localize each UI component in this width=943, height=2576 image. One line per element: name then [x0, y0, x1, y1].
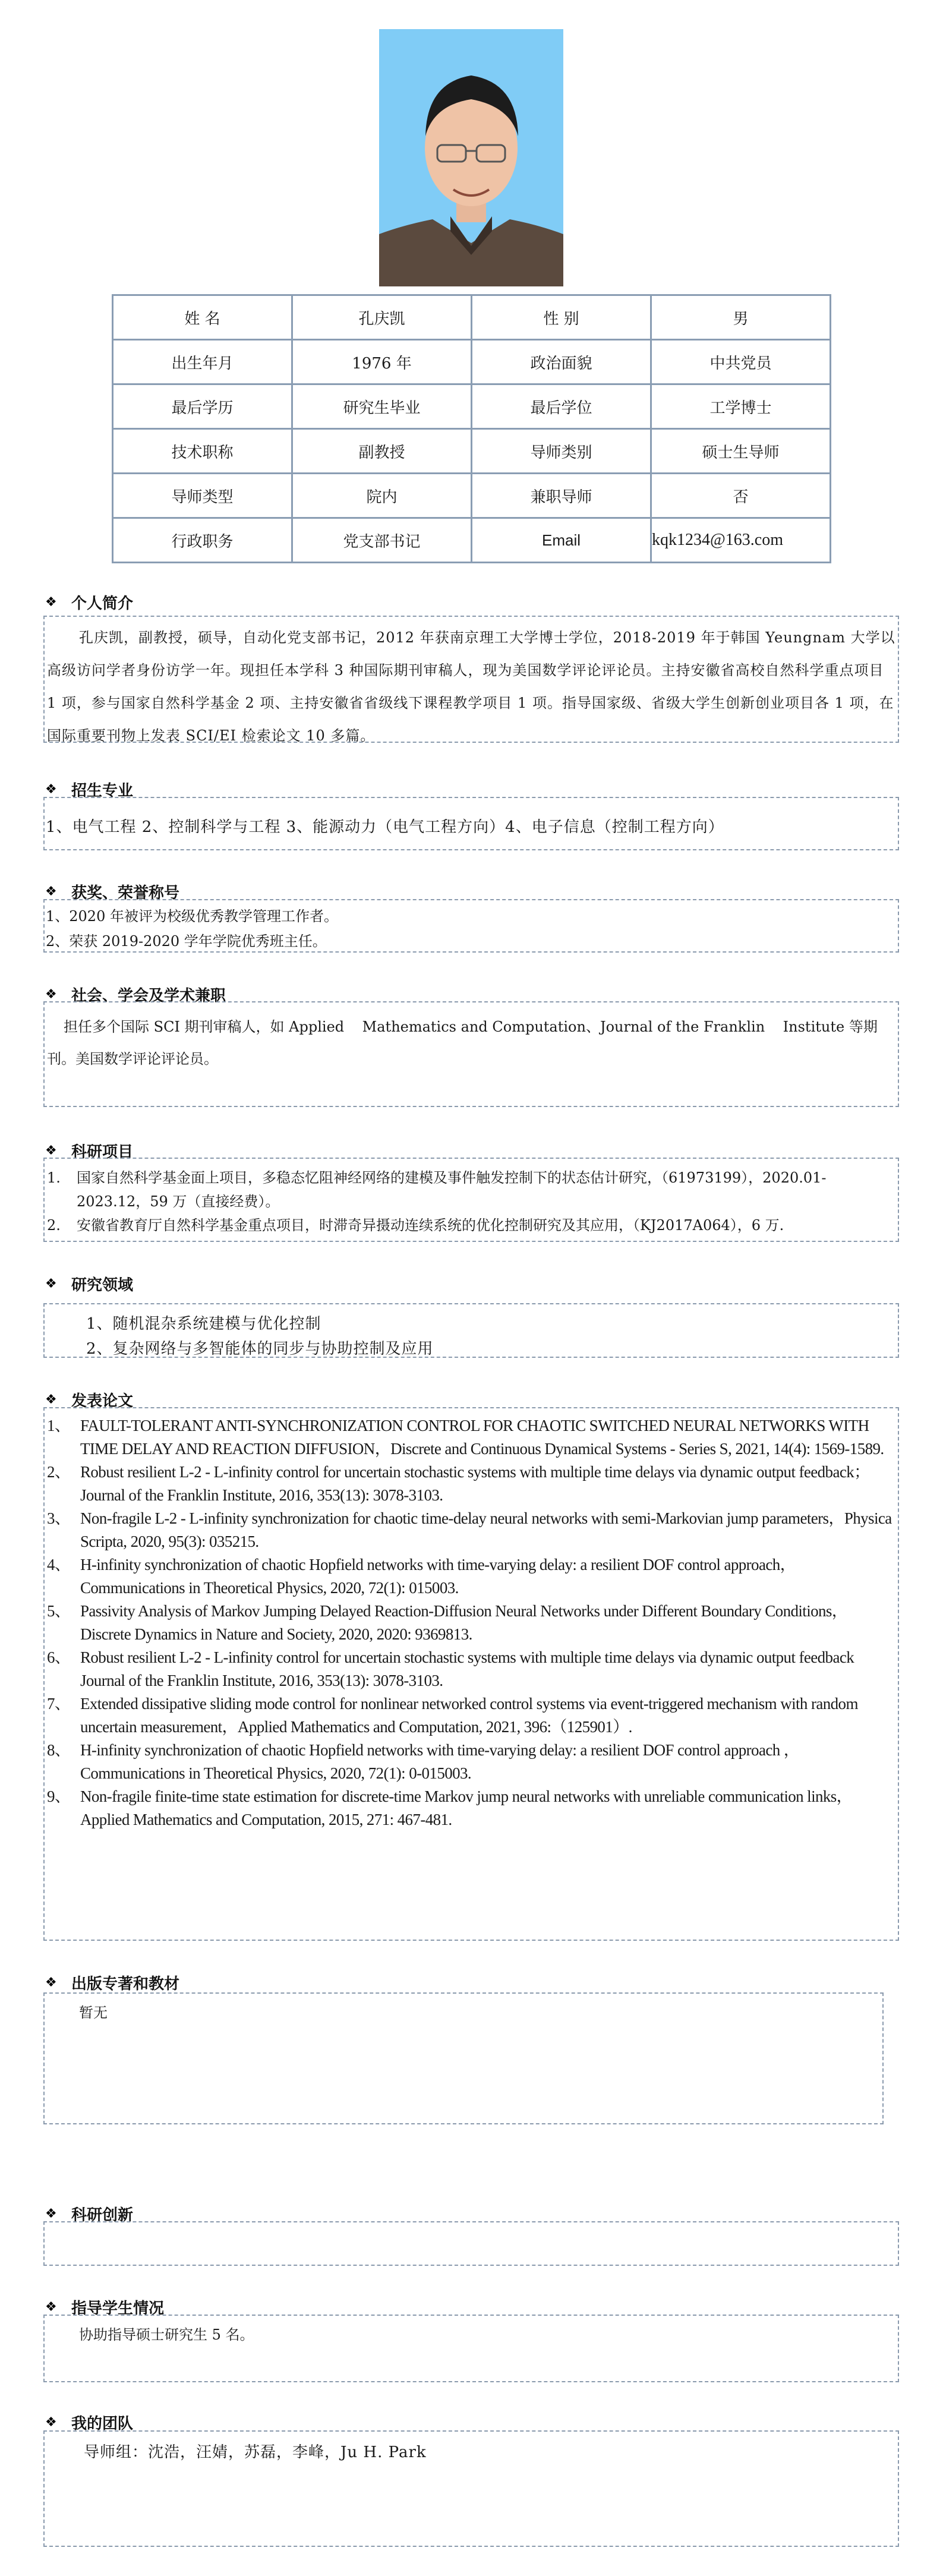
- publication-item: 9、 Non-fragile finite-time state estimat…: [47, 1785, 895, 1831]
- table-row: 出生年月 1976 年 政治面貌 中共党员: [113, 340, 831, 384]
- diamond-bullet-icon: ❖: [45, 884, 71, 899]
- list-item: 2、荣获 2019-2020 学年学院优秀班主任。: [46, 929, 897, 954]
- value-parttime: 否: [651, 474, 831, 518]
- portrait-icon: [379, 29, 563, 286]
- value-political: 中共党员: [651, 340, 831, 384]
- diamond-bullet-icon: ❖: [45, 1392, 71, 1407]
- label-birth: 出生年月: [113, 340, 292, 384]
- list-item: 2、复杂网络与多智能体的同步与协助控制及应用: [86, 1336, 898, 1361]
- publication-text: FAULT-TOLERANT ANTI-SYNCHRONIZATION CONT…: [80, 1414, 895, 1461]
- value-supervisor-type: 院内: [292, 474, 472, 518]
- section-heading-bio: ❖ 个人简介: [45, 591, 133, 613]
- item-number: 3、: [47, 1507, 80, 1553]
- publication-text: H-infinity synchronization of chaotic Ho…: [80, 1553, 895, 1600]
- profile-photo: [379, 29, 563, 286]
- table-row: 姓 名 孔庆凯 性 别 男: [113, 295, 831, 340]
- publication-text: Non-fragile finite-time state estimation…: [80, 1785, 895, 1831]
- publication-text: H-infinity synchronization of chaotic Ho…: [80, 1739, 895, 1785]
- service-box: 担任多个国际 SCI 期刊审稿人，如 Applied Mathematics a…: [43, 1001, 899, 1107]
- label-political: 政治面貌: [472, 340, 651, 384]
- label-supervisor-type: 导师类型: [113, 474, 292, 518]
- profile-info-table: 姓 名 孔庆凯 性 别 男 出生年月 1976 年 政治面貌 中共党员 最后学历…: [112, 294, 831, 563]
- team-box: 导师组：沈浩，汪婧，苏磊，李峰，Ju H. Park: [43, 2430, 899, 2547]
- awards-box: 1、2020 年被评为校级优秀教学管理工作者。 2、荣获 2019-2020 学…: [43, 899, 899, 953]
- projects-box: 1. 国家自然科学基金面上项目，多稳态忆阻神经网络的建模及事件触发控制下的状态估…: [43, 1158, 899, 1242]
- diamond-bullet-icon: ❖: [45, 595, 71, 610]
- books-text: 暂无: [79, 2001, 882, 2022]
- item-number: 8、: [47, 1739, 80, 1785]
- value-title: 副教授: [292, 429, 472, 474]
- publication-item: 6、 Robust resilient L-2 - L-infinity con…: [47, 1646, 895, 1692]
- diamond-bullet-icon: ❖: [45, 782, 71, 797]
- label-title: 技术职称: [113, 429, 292, 474]
- value-email[interactable]: kqk1234@163.com: [651, 518, 831, 563]
- publication-item: 7、 Extended dissipative sliding mode con…: [47, 1692, 895, 1739]
- diamond-bullet-icon: ❖: [45, 2415, 71, 2430]
- item-text: 安徽省教育厅自然科学基金重点项目，时滞奇异摄动连续系统的优化控制研究及其应用，（…: [77, 1213, 784, 1237]
- diamond-bullet-icon: ❖: [45, 1276, 71, 1291]
- item-number: 9、: [47, 1785, 80, 1831]
- diamond-bullet-icon: ❖: [45, 1143, 71, 1158]
- label-name: 姓 名: [113, 295, 292, 340]
- innovation-box: [43, 2221, 899, 2266]
- item-number: 2.: [47, 1213, 77, 1237]
- students-box: 协助指导硕士研究生 5 名。: [43, 2315, 899, 2382]
- item-number: 2、: [47, 1461, 80, 1507]
- section-title: 出版专著和教材: [71, 1972, 179, 1994]
- item-number: 7、: [47, 1692, 80, 1739]
- books-box: 暂无: [43, 1992, 884, 2124]
- diamond-bullet-icon: ❖: [45, 2300, 71, 2315]
- item-number: 5、: [47, 1600, 80, 1646]
- students-text: 协助指导硕士研究生 5 名。: [79, 2323, 898, 2344]
- value-gender: 男: [651, 295, 831, 340]
- diamond-bullet-icon: ❖: [45, 2206, 71, 2221]
- section-heading-areas: ❖ 研究领域: [45, 1273, 133, 1295]
- item-text: 国家自然科学基金面上项目，多稳态忆阻神经网络的建模及事件触发控制下的状态估计研究…: [77, 1166, 895, 1213]
- label-degree: 最后学位: [472, 384, 651, 429]
- list-item: 1、随机混杂系统建模与优化控制: [86, 1311, 898, 1336]
- publication-text: Robust resilient L-2 - L-infinity contro…: [80, 1646, 895, 1692]
- team-text: 导师组：沈浩，汪婧，苏磊，李峰，Ju H. Park: [84, 2440, 898, 2462]
- publication-text: Robust resilient L-2 - L-infinity contro…: [80, 1461, 895, 1507]
- value-degree: 工学博士: [651, 384, 831, 429]
- label-email: Email: [472, 518, 651, 563]
- value-birth: 1976 年: [292, 340, 472, 384]
- majors-text: 1、电气工程 2、控制科学与工程 3、能源动力（电气工程方向）4、电子信息（控制…: [46, 815, 898, 837]
- bio-text: 孔庆凯，副教授，硕导，自动化党支部书记，2012 年获南京理工大学博士学位，20…: [47, 622, 895, 752]
- publications-box: 1、 FAULT-TOLERANT ANTI-SYNCHRONIZATION C…: [43, 1407, 899, 1941]
- item-number: 1.: [47, 1166, 77, 1213]
- table-row: 最后学历 研究生毕业 最后学位 工学博士: [113, 384, 831, 429]
- section-title: 个人简介: [71, 591, 133, 613]
- label-admin-position: 行政职务: [113, 518, 292, 563]
- table-row: 技术职称 副教授 导师类别 硕士生导师: [113, 429, 831, 474]
- publication-text: Non-fragile L-2 - L-infinity synchroniza…: [80, 1507, 895, 1553]
- service-text: 担任多个国际 SCI 期刊审稿人，如 Applied Mathematics a…: [47, 1011, 895, 1075]
- publication-item: 5、 Passivity Analysis of Markov Jumping …: [47, 1600, 895, 1646]
- publication-item: 8、 H-infinity synchronization of chaotic…: [47, 1739, 895, 1785]
- list-item: 1. 国家自然科学基金面上项目，多稳态忆阻神经网络的建模及事件触发控制下的状态估…: [47, 1166, 895, 1213]
- table-row: 行政职务 党支部书记 Email kqk1234@163.com: [113, 518, 831, 563]
- publication-item: 3、 Non-fragile L-2 - L-infinity synchron…: [47, 1507, 895, 1553]
- table-row: 导师类型 院内 兼职导师 否: [113, 474, 831, 518]
- value-admin-position: 党支部书记: [292, 518, 472, 563]
- label-supervisor-category: 导师类别: [472, 429, 651, 474]
- label-parttime: 兼职导师: [472, 474, 651, 518]
- majors-box: 1、电气工程 2、控制科学与工程 3、能源动力（电气工程方向）4、电子信息（控制…: [43, 797, 899, 850]
- value-name: 孔庆凯: [292, 295, 472, 340]
- value-supervisor-category: 硕士生导师: [651, 429, 831, 474]
- label-gender: 性 别: [472, 295, 651, 340]
- publication-text: Passivity Analysis of Markov Jumping Del…: [80, 1600, 895, 1646]
- list-item: 1、2020 年被评为校级优秀教学管理工作者。: [46, 904, 897, 929]
- section-heading-books: ❖ 出版专著和教材: [45, 1972, 179, 1994]
- diamond-bullet-icon: ❖: [45, 1975, 71, 1990]
- publication-text: Extended dissipative sliding mode contro…: [80, 1692, 895, 1739]
- section-title: 研究领域: [71, 1273, 133, 1295]
- item-number: 6、: [47, 1646, 80, 1692]
- publication-item: 1、 FAULT-TOLERANT ANTI-SYNCHRONIZATION C…: [47, 1414, 895, 1461]
- publication-item: 4、 H-infinity synchronization of chaotic…: [47, 1553, 895, 1600]
- areas-box: 1、随机混杂系统建模与优化控制 2、复杂网络与多智能体的同步与协助控制及应用: [43, 1303, 899, 1358]
- item-number: 1、: [47, 1414, 80, 1461]
- bio-box: 孔庆凯，副教授，硕导，自动化党支部书记，2012 年获南京理工大学博士学位，20…: [43, 616, 899, 743]
- list-item: 2. 安徽省教育厅自然科学基金重点项目，时滞奇异摄动连续系统的优化控制研究及其应…: [47, 1213, 895, 1237]
- item-number: 4、: [47, 1553, 80, 1600]
- label-education: 最后学历: [113, 384, 292, 429]
- publication-item: 2、 Robust resilient L-2 - L-infinity con…: [47, 1461, 895, 1507]
- value-education: 研究生毕业: [292, 384, 472, 429]
- diamond-bullet-icon: ❖: [45, 987, 71, 1002]
